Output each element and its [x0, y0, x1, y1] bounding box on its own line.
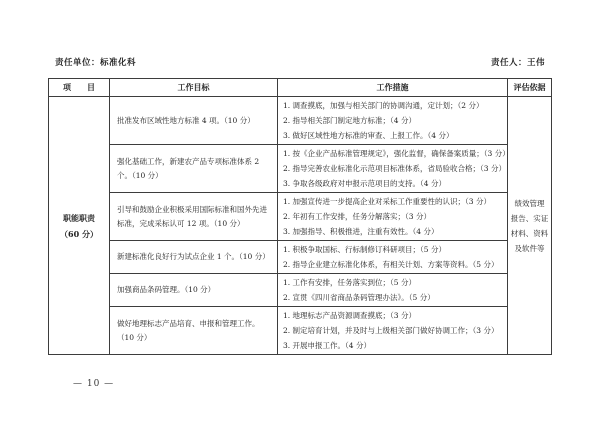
- measures-cell: 1. 加强宣传进一步提高企业对采标工作重要性的认识；（3 分） 2. 年初有工作…: [278, 193, 508, 241]
- table-row: 做好地理标志产品培育、申报和管理工作。（10 分） 1. 地理标志产品资源调查摸…: [49, 307, 552, 355]
- measure-item: 3. 开展申报工作。（4 分）: [283, 338, 502, 353]
- measure-item: 2. 制定培育计划，并及时与上级相关部门做好协调工作；（3 分）: [283, 323, 502, 338]
- measure-item: 1. 积极争取国标、行标制修订科研项目；（5 分）: [283, 242, 502, 257]
- measures-cell: 1. 工作有安排，任务落实到位；（5 分） 2. 宣贯《四川省商品条码管理办法》…: [278, 274, 508, 307]
- measure-item: 2. 指导相关部门制定地方标准；（4 分）: [283, 113, 502, 128]
- measure-item: 3. 争取各级政府对申报示范项目的支持。（4 分）: [283, 176, 502, 191]
- column-header-project: 项 目: [49, 79, 110, 97]
- column-header-goal: 工作目标: [110, 79, 278, 97]
- measure-item: 1. 按《企业产品标准管理规定》，强化监督，确保备案质量；（3 分）: [283, 146, 502, 161]
- document-meta-row: 责任单位：标准化科 责任人：王伟: [55, 56, 545, 68]
- measure-item: 1. 工作有安排，任务落实到位；（5 分）: [283, 275, 502, 290]
- measure-item: 2. 指导完善农业标准化示范项目标准体系，省局验收合格；（3 分）: [283, 161, 502, 176]
- table-row: 新建标准化良好行为试点企业 1 个。（10 分） 1. 积极争取国标、行标制修订…: [49, 241, 552, 274]
- measures-cell: 1. 地理标志产品资源调查摸底；（3 分） 2. 制定培育计划，并及时与上级相关…: [278, 307, 508, 355]
- table-header-row: 项 目 工作目标 工作措施 评估依据: [49, 79, 552, 97]
- table-row: 职能职责 （60 分） 批准发布区域性地方标准 4 项。（10 分） 1. 调查…: [49, 97, 552, 145]
- goal-cell: 批准发布区域性地方标准 4 项。（10 分）: [110, 97, 278, 145]
- responsible-unit-label: 责任单位：标准化科: [55, 56, 136, 68]
- responsible-person-label: 责任人：王伟: [491, 56, 545, 68]
- table-row: 引导和鼓励企业积极采用国际标准和国外先进标准，完成采标认可 12 项。（10 分…: [49, 193, 552, 241]
- column-header-evaluation: 评估依据: [508, 79, 552, 97]
- measures-cell: 1. 按《企业产品标准管理规定》，强化监督，确保备案质量；（3 分） 2. 指导…: [278, 145, 508, 193]
- goal-cell: 强化基础工作，新建农产品专项标准体系 2 个。（10 分）: [110, 145, 278, 193]
- measure-item: 3. 加强指导、积极推进，注重有效性。（4 分）: [283, 224, 502, 239]
- measure-item: 2. 宣贯《四川省商品条码管理办法》。（5 分）: [283, 290, 502, 305]
- measure-item: 1. 地理标志产品资源调查摸底；（3 分）: [283, 308, 502, 323]
- table-row: 加强商品条码管理。（10 分） 1. 工作有安排，任务落实到位；（5 分） 2.…: [49, 274, 552, 307]
- column-header-measures: 工作措施: [278, 79, 508, 97]
- measure-item: 2. 年初有工作安排，任务分解落实；（3 分）: [283, 209, 502, 224]
- goal-cell: 做好地理标志产品培育、申报和管理工作。（10 分）: [110, 307, 278, 355]
- measure-item: 1. 加强宣传进一步提高企业对采标工作重要性的认识；（3 分）: [283, 194, 502, 209]
- project-cell: 职能职责 （60 分）: [49, 97, 110, 355]
- measure-item: 2. 指导企业建立标准化体系，有相关计划、方案等资料。（5 分）: [283, 257, 502, 272]
- page-number: — 10 —: [73, 379, 114, 389]
- measures-cell: 1. 调查摸底，加强与相关部门的协调沟通，定计划；（2 分） 2. 指导相关部门…: [278, 97, 508, 145]
- evaluation-cell: 绩效管理 报告、实证 材料、资料 及软件等: [508, 97, 552, 355]
- document-page: { "page": { "unit_label": "责任单位：标准化科", "…: [0, 0, 600, 424]
- work-plan-table: 项 目 工作目标 工作措施 评估依据 职能职责 （60 分） 批准发布区域性地方…: [48, 78, 552, 355]
- table-row: 强化基础工作，新建农产品专项标准体系 2 个。（10 分） 1. 按《企业产品标…: [49, 145, 552, 193]
- measure-item: 1. 调查摸底，加强与相关部门的协调沟通，定计划；（2 分）: [283, 98, 502, 113]
- goal-cell: 加强商品条码管理。（10 分）: [110, 274, 278, 307]
- goal-cell: 新建标准化良好行为试点企业 1 个。（10 分）: [110, 241, 278, 274]
- measure-item: 3. 做好区域性地方标准的审查、上报工作。（4 分）: [283, 128, 502, 143]
- measures-cell: 1. 积极争取国标、行标制修订科研项目；（5 分） 2. 指导企业建立标准化体系…: [278, 241, 508, 274]
- goal-cell: 引导和鼓励企业积极采用国际标准和国外先进标准，完成采标认可 12 项。（10 分…: [110, 193, 278, 241]
